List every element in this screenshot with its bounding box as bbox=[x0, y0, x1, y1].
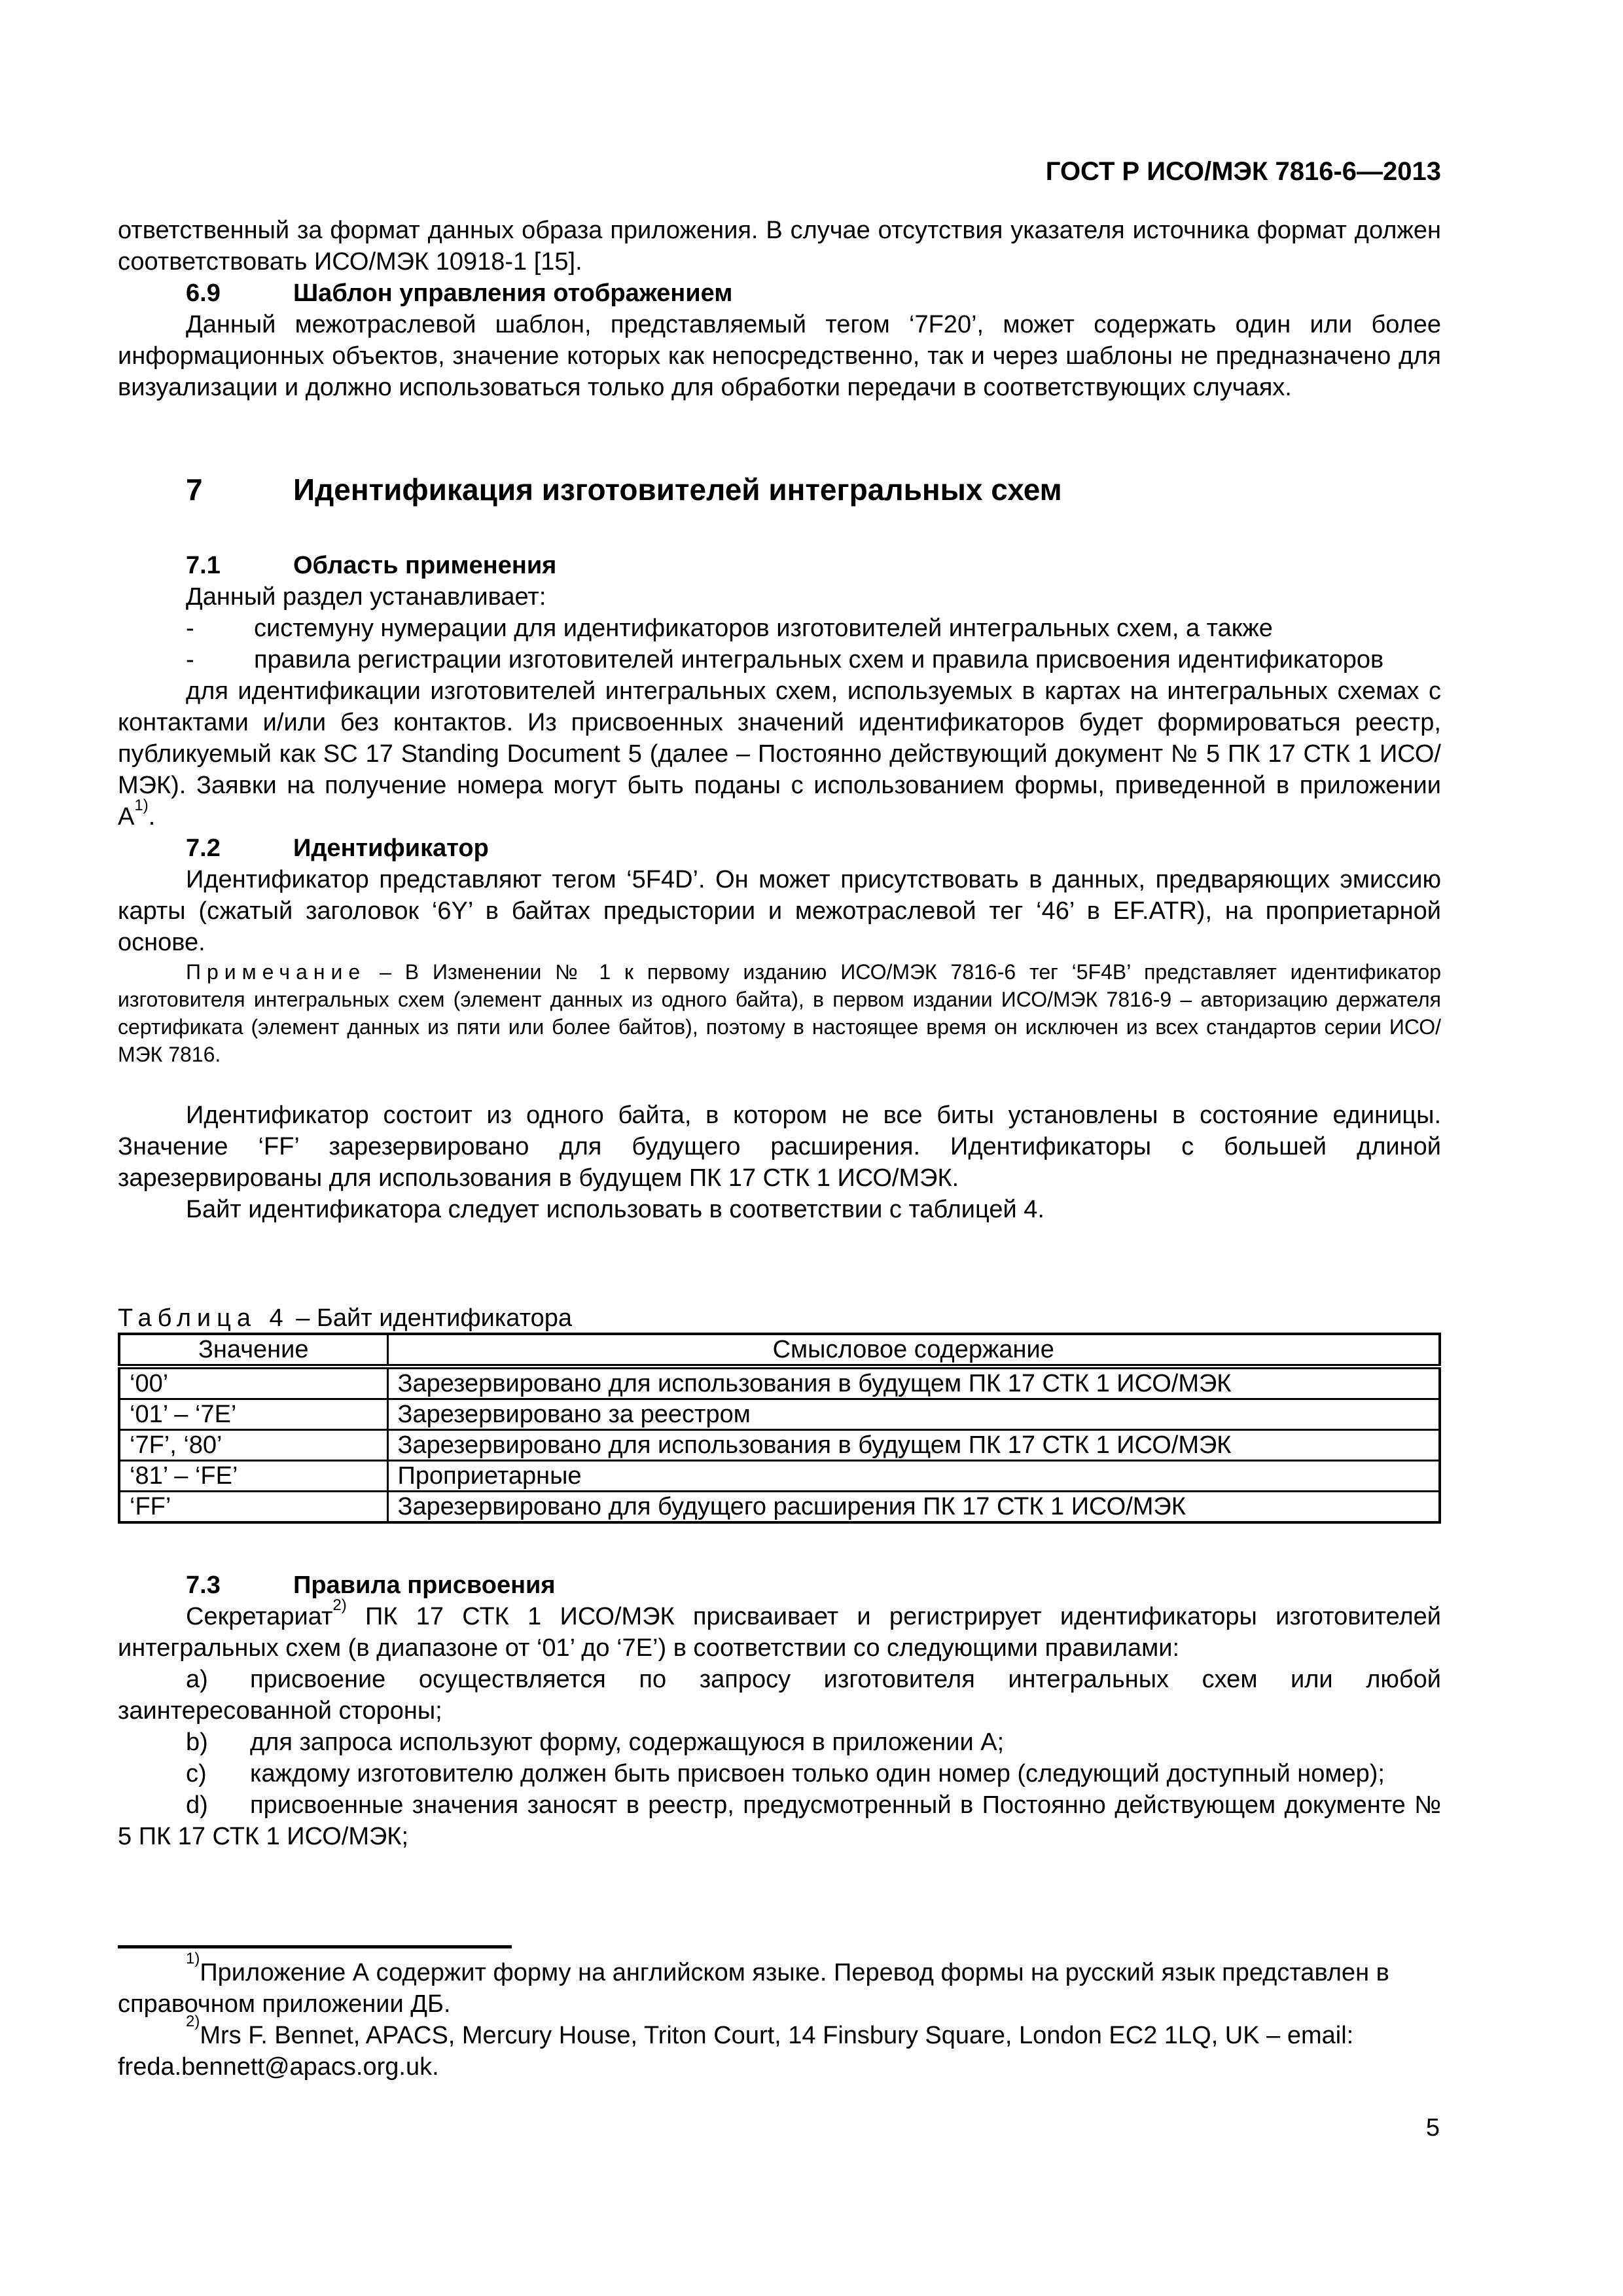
section-6-9-heading: 6.9Шаблон управления отображением bbox=[118, 278, 1441, 309]
footnote-mark: 1) bbox=[186, 1950, 200, 1967]
table-row: ‘00’Зарезервировано для использования в … bbox=[119, 1367, 1440, 1399]
section-7-3-heading: 7.3Правила присвоения bbox=[118, 1570, 1441, 1601]
footnote-text: Mrs F. Bennet, APACS, Mercury House, Tri… bbox=[118, 2022, 1353, 2081]
dash-bullet: - bbox=[118, 644, 254, 675]
footnote-ref[interactable]: 1) bbox=[134, 797, 148, 814]
section-7-1-paragraph: для идентификации изготовителей интеграл… bbox=[118, 675, 1441, 833]
section-7-heading: 7Идентификация изготовителей интегральны… bbox=[118, 471, 1441, 508]
footnote-text: Приложение А содержит форму на английско… bbox=[118, 1959, 1389, 2018]
section-7-2-para1: Идентификатор представляют тегом ‘5F4D’.… bbox=[118, 864, 1441, 958]
section-7-1-intro: Данный раздел устанавливает: bbox=[118, 581, 1441, 613]
identifier-byte-table: Значение Смысловое содержание ‘00’Зарезе… bbox=[118, 1333, 1441, 1524]
rule-marker: a) bbox=[186, 1664, 250, 1695]
rule-item: d)присвоенные значения заносят в реестр,… bbox=[118, 1789, 1441, 1852]
rules-list: a)присвоение осуществляется по запросу и… bbox=[118, 1664, 1441, 1852]
section-7-2-heading: 7.2Идентификатор bbox=[118, 833, 1441, 864]
cell-value: ‘7F’, ‘80’ bbox=[119, 1430, 387, 1461]
footnote-mark: 2) bbox=[186, 2013, 200, 2030]
table-header-row: Значение Смысловое содержание bbox=[119, 1334, 1440, 1367]
section-title: Правила присвоения bbox=[293, 1571, 556, 1599]
footnote-separator bbox=[118, 1945, 512, 1948]
rule-item: a)присвоение осуществляется по запросу и… bbox=[118, 1664, 1441, 1727]
section-7-2-para3: Байт идентификатора следует использовать… bbox=[118, 1194, 1441, 1225]
table-row: ‘81’ – ‘FE’Проприетарные bbox=[119, 1461, 1440, 1492]
table-row: ‘7F’, ‘80’Зарезервировано для использова… bbox=[119, 1430, 1440, 1461]
footnote-2: 2)Mrs F. Bennet, APACS, Mercury House, T… bbox=[118, 2020, 1441, 2083]
cell-meaning: Зарезервировано за реестром bbox=[387, 1399, 1440, 1430]
table-row: ‘01’ – ‘7E’Зарезервировано за реестром bbox=[119, 1399, 1440, 1430]
column-header-value: Значение bbox=[119, 1334, 387, 1367]
rule-item: b)для запроса используют форму, содержащ… bbox=[118, 1727, 1441, 1758]
bullet-item: -правила регистрации изготовителей интег… bbox=[118, 644, 1441, 675]
cell-value: ‘00’ bbox=[119, 1367, 387, 1399]
section-number: 7 bbox=[186, 471, 293, 508]
paragraph-text: для идентификации изготовителей интеграл… bbox=[118, 677, 1441, 831]
cell-meaning: Зарезервировано для использования в буду… bbox=[387, 1430, 1440, 1461]
table-caption-text: – Байт идентификатора bbox=[289, 1304, 572, 1332]
section-7-3-block: 7.3Правила присвоения Секретариат2) ПК 1… bbox=[118, 1570, 1441, 1852]
cell-meaning: Проприетарные bbox=[387, 1461, 1440, 1492]
bullet-text: системуну нумерации для идентификаторов … bbox=[254, 615, 1273, 642]
section-7-block: 7Идентификация изготовителей интегральны… bbox=[118, 471, 1441, 508]
cell-meaning: Зарезервировано для будущего расширения … bbox=[387, 1492, 1440, 1523]
section-7-1-block: 7.1Область применения Данный раздел уста… bbox=[118, 550, 1441, 1225]
note-label: Примечание bbox=[186, 960, 366, 984]
rule-text: присвоение осуществляется по запросу изг… bbox=[118, 1666, 1441, 1725]
table-caption: Таблица 4 – Байт идентификатора bbox=[118, 1304, 1441, 1333]
rule-text: каждому изготовителю должен быть присвое… bbox=[250, 1760, 1385, 1787]
document-page: ГОСТ Р ИСО/МЭК 7816-6—2013 ответственный… bbox=[0, 0, 1623, 2296]
page-number: 5 bbox=[1426, 2114, 1440, 2142]
section-title: Область применения bbox=[293, 552, 556, 579]
section-title: Идентификация изготовителей интегральных… bbox=[293, 473, 1062, 507]
footnote-1: 1)Приложение А содержит форму на английс… bbox=[118, 1957, 1441, 2020]
rule-marker: c) bbox=[186, 1758, 250, 1789]
section-number: 7.1 bbox=[186, 550, 293, 581]
rule-marker: d) bbox=[186, 1789, 250, 1821]
section-7-1-heading: 7.1Область применения bbox=[118, 550, 1441, 581]
table-4-block: Таблица 4 – Байт идентификатора Значение… bbox=[118, 1304, 1441, 1524]
section-title: Идентификатор bbox=[293, 834, 489, 862]
footnotes: 1)Приложение А содержит форму на английс… bbox=[118, 1957, 1441, 2083]
rule-item: c)каждому изготовителю должен быть присв… bbox=[118, 1758, 1441, 1789]
section-6-9-text: Данный межотраслевой шаблон, представляе… bbox=[118, 309, 1441, 403]
cell-value: ‘FF’ bbox=[119, 1492, 387, 1523]
section-number: 6.9 bbox=[186, 278, 293, 309]
rule-marker: b) bbox=[186, 1727, 250, 1758]
bullet-item: -системуну нумерации для идентификаторов… bbox=[118, 613, 1441, 644]
table-row: ‘FF’Зарезервировано для будущего расшире… bbox=[119, 1492, 1440, 1523]
cell-value: ‘81’ – ‘FE’ bbox=[119, 1461, 387, 1492]
cell-value: ‘01’ – ‘7E’ bbox=[119, 1399, 387, 1430]
section-number: 7.3 bbox=[186, 1570, 293, 1601]
paragraph-end: . bbox=[149, 803, 156, 831]
section-7-2-para2: Идентификатор состоит из одного байта, в… bbox=[118, 1100, 1441, 1194]
intro-word: Секретариат bbox=[186, 1603, 332, 1630]
footnote-ref[interactable]: 2) bbox=[332, 1596, 346, 1614]
cell-meaning: Зарезервировано для использования в буду… bbox=[387, 1367, 1440, 1399]
rule-text: присвоенные значения заносят в реестр, п… bbox=[118, 1791, 1441, 1850]
section-6-8-tail: ответственный за формат данных образа пр… bbox=[118, 215, 1441, 278]
section-7-3-intro: Секретариат2) ПК 17 СТК 1 ИСО/МЭК присва… bbox=[118, 1601, 1441, 1664]
content-block-top: ответственный за формат данных образа пр… bbox=[118, 215, 1441, 403]
document-header: ГОСТ Р ИСО/МЭК 7816-6—2013 bbox=[1046, 157, 1441, 187]
table-caption-label: Таблица 4 bbox=[118, 1304, 289, 1332]
dash-bullet: - bbox=[118, 613, 254, 644]
section-7-2-note: Примечание – В Изменении № 1 к первому и… bbox=[118, 958, 1441, 1068]
section-title: Шаблон управления отображением bbox=[293, 279, 732, 307]
rule-text: для запроса используют форму, содержащую… bbox=[250, 1729, 1004, 1756]
section-number: 7.2 bbox=[186, 833, 293, 864]
bullet-text: правила регистрации изготовителей интегр… bbox=[254, 646, 1383, 673]
column-header-meaning: Смысловое содержание bbox=[387, 1334, 1440, 1367]
